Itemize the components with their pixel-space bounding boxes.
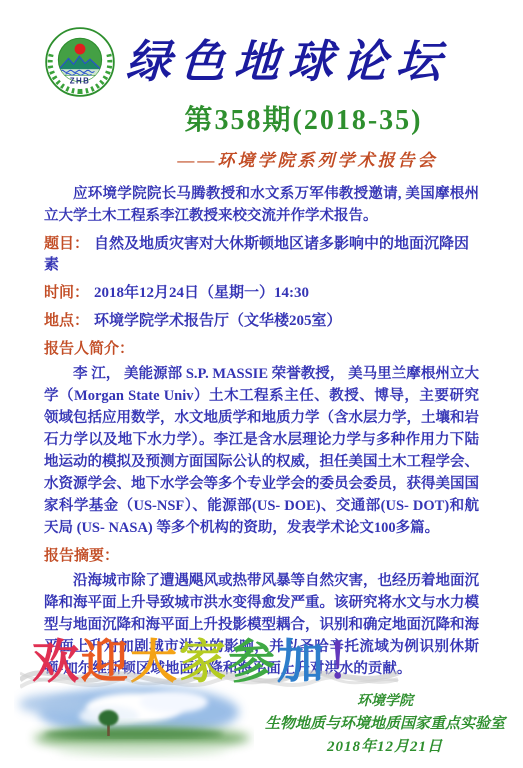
topic-value: 自然及地质灾害对大休斯顿地区诸多影响中的地面沉降因素 [44,236,469,273]
signature-department: 环境学院 [252,690,518,713]
logo-sun [75,44,86,55]
tree-canopy [99,710,119,726]
welcome-char: ！ [326,638,375,690]
landscape-clipart-image [14,678,254,766]
seminar-poster: ZHB 绿色地球论坛 第358期(2018-35) ——环境学院系列学术报告会 … [0,0,523,768]
intro-paragraph: 应环境学院院长马腾教授和水文系万军伟教授邀请, 美国摩根州立大学土木工程系李江教… [44,183,479,227]
time-value: 2018年12月24日（星期一）14:30 [94,285,309,301]
location-label: 地点： [44,313,89,329]
signature-block: 环境学院 生物地质与环境地质国家重点实验室 2018年12月21日 [252,690,518,759]
abstract-heading: 报告摘要： [44,546,479,567]
speaker-bio-paragraph: 李 江， 美能源部 S.P. MASSIE 荣誉教授， 美马里兰摩根州立大学（M… [44,363,479,539]
field-topic: 题目：自然及地质灾害对大休斯顿地区诸多影响中的地面沉降因素 [44,234,479,276]
welcome-char: 加 [277,638,326,690]
field-time: 时间：2018年12月24日（星期一）14:30 [44,283,479,304]
topic-label: 题目： [44,236,89,252]
field-location: 地点：环境学院学术报告厅（文华楼205室） [44,311,479,332]
poster-body: 应环境学院院长马腾教授和水文系万军伟教授邀请, 美国摩根州立大学土木工程系李江教… [0,171,523,680]
time-label: 时间： [44,285,89,301]
signature-date: 2018年12月21日 [252,736,518,759]
location-value: 环境学院学术报告厅（文华楼205室） [94,313,342,329]
forum-title: 绿色地球论坛 [125,40,451,85]
series-subtitle: ——环境学院系列学术报告会 [92,146,523,171]
logo-letters: ZHB [70,77,91,86]
masthead: ZHB 绿色地球论坛 [0,0,523,98]
issue-number: 第358期(2018-35) [84,106,523,137]
speaker-bio-heading: 报告人简介： [44,339,479,360]
signature-laboratory: 生物地质与环境地质国家重点实验室 [252,713,518,736]
zhb-environment-logo-icon: ZHB [44,26,116,98]
logo-svg: ZHB [44,26,116,98]
